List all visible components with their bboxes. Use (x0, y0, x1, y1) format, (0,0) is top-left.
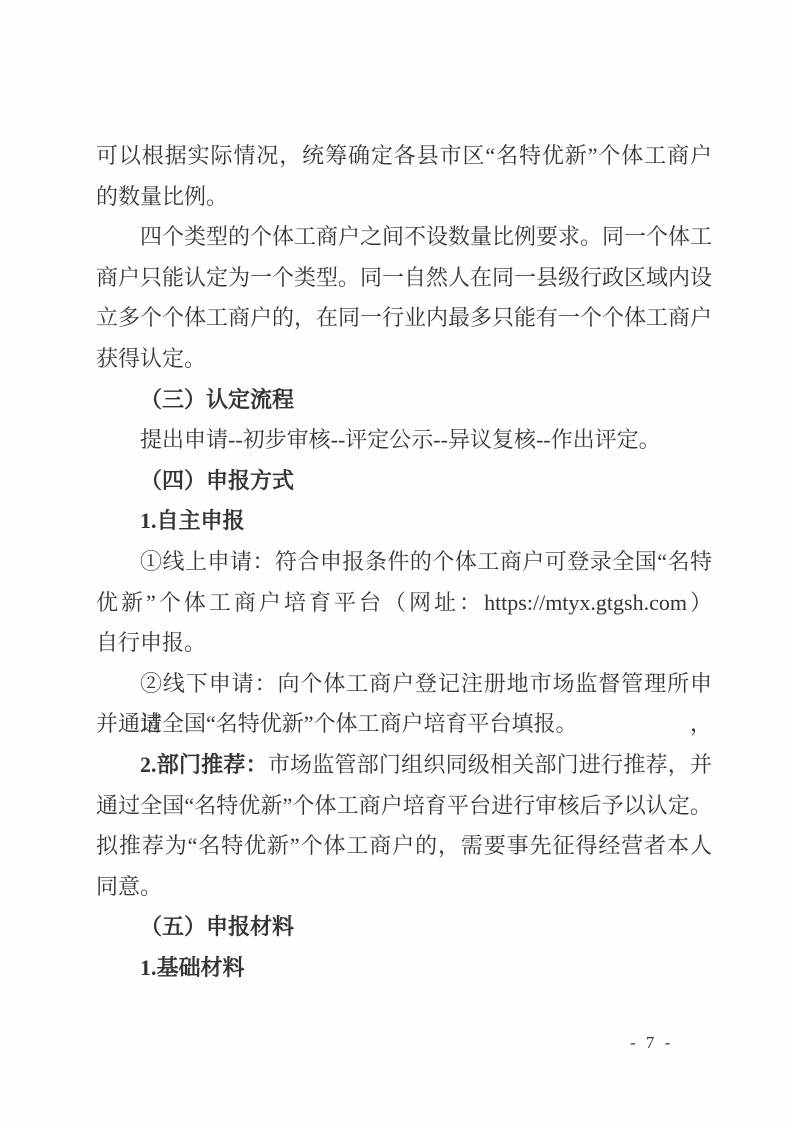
text-run: （三）认定流程 (140, 387, 294, 412)
text-run: 通过全国“名特优新”个体工商户培育平台进行审核后予以认定。 (96, 793, 712, 818)
doc-line: 拟推荐为“名特优新”个体工商户的，需要事先征得经营者本人 (96, 826, 712, 867)
doc-line: 2.部门推荐：市场监管部门组织同级相关部门进行推荐，并 (96, 745, 712, 786)
text-run: 1.自主申报 (140, 508, 245, 533)
doc-line: 1.基础材料 (96, 948, 712, 989)
doc-line: 自行申报。 (96, 623, 712, 664)
text-run: 四个类型的个体工商户之间不设数量比例要求。同一个体工 (140, 224, 712, 249)
doc-line: 通过全国“名特优新”个体工商户培育平台进行审核后予以认定。 (96, 786, 712, 827)
doc-line: 四个类型的个体工商户之间不设数量比例要求。同一个体工 (96, 217, 712, 258)
text-run: 同意。 (96, 874, 162, 899)
text-run: 自行申报。 (96, 630, 206, 655)
doc-line: 的数量比例。 (96, 177, 712, 218)
doc-line: 获得认定。 (96, 339, 712, 380)
text-run: 的数量比例。 (96, 184, 228, 209)
text-run: ①线上申请：符合申报条件的个体工商户可登录全国“名特 (140, 549, 712, 574)
text-run: （四）申报方式 (140, 468, 294, 493)
doc-line: 提出申请--初步审核--评定公示--异议复核--作出评定。 (96, 420, 712, 461)
text-run: 并通过全国“名特优新”个体工商户培育平台填报。 (96, 711, 578, 736)
doc-line: 商户只能认定为一个类型。同一自然人在同一县级行政区域内设 (96, 258, 712, 299)
doc-line: （三）认定流程 (96, 380, 712, 421)
document-page: 可以根据实际情况，统筹确定各县市区“名特优新”个体工商户的数量比例。四个类型的个… (0, 0, 792, 1122)
doc-line: （四）申报方式 (96, 461, 712, 502)
doc-line: 立多个个体工商户的，在同一行业内最多只能有一个个体工商户 (96, 298, 712, 339)
doc-line: ②线下申请：向个体工商户登记注册地市场监督管理所申请， (96, 664, 712, 705)
doc-line: （五）申报材料 (96, 907, 712, 948)
doc-line: 1.自主申报 (96, 501, 712, 542)
text-run: （五）申报材料 (140, 914, 294, 939)
text-run: 拟推荐为“名特优新”个体工商户的，需要事先征得经营者本人 (96, 833, 712, 858)
doc-line: 优新”个体工商户培育平台（网址：https://mtyx.gtgsh.com） (96, 583, 712, 624)
text-run: 1.基础材料 (140, 955, 245, 980)
text-run: 立多个个体工商户的，在同一行业内最多只能有一个个体工商户 (96, 305, 712, 330)
doc-line: 同意。 (96, 867, 712, 908)
page-number: - 7 - (630, 1033, 710, 1053)
text-run: 商户只能认定为一个类型。同一自然人在同一县级行政区域内设 (96, 265, 712, 290)
text-run: 2.部门推荐： (140, 752, 268, 777)
doc-line: ①线上申请：符合申报条件的个体工商户可登录全国“名特 (96, 542, 712, 583)
text-run: 提出申请--初步审核--评定公示--异议复核--作出评定。 (140, 427, 661, 452)
text-run: 可以根据实际情况，统筹确定各县市区“名特优新”个体工商户 (96, 143, 712, 168)
document-body: 可以根据实际情况，统筹确定各县市区“名特优新”个体工商户的数量比例。四个类型的个… (96, 136, 712, 988)
text-run: 市场监管部门组织同级相关部门进行推荐，并 (268, 752, 712, 777)
text-run: 优新”个体工商户培育平台（网址：https://mtyx.gtgsh.com） (96, 590, 712, 615)
text-run: 获得认定。 (96, 346, 206, 371)
doc-line: 可以根据实际情况，统筹确定各县市区“名特优新”个体工商户 (96, 136, 712, 177)
